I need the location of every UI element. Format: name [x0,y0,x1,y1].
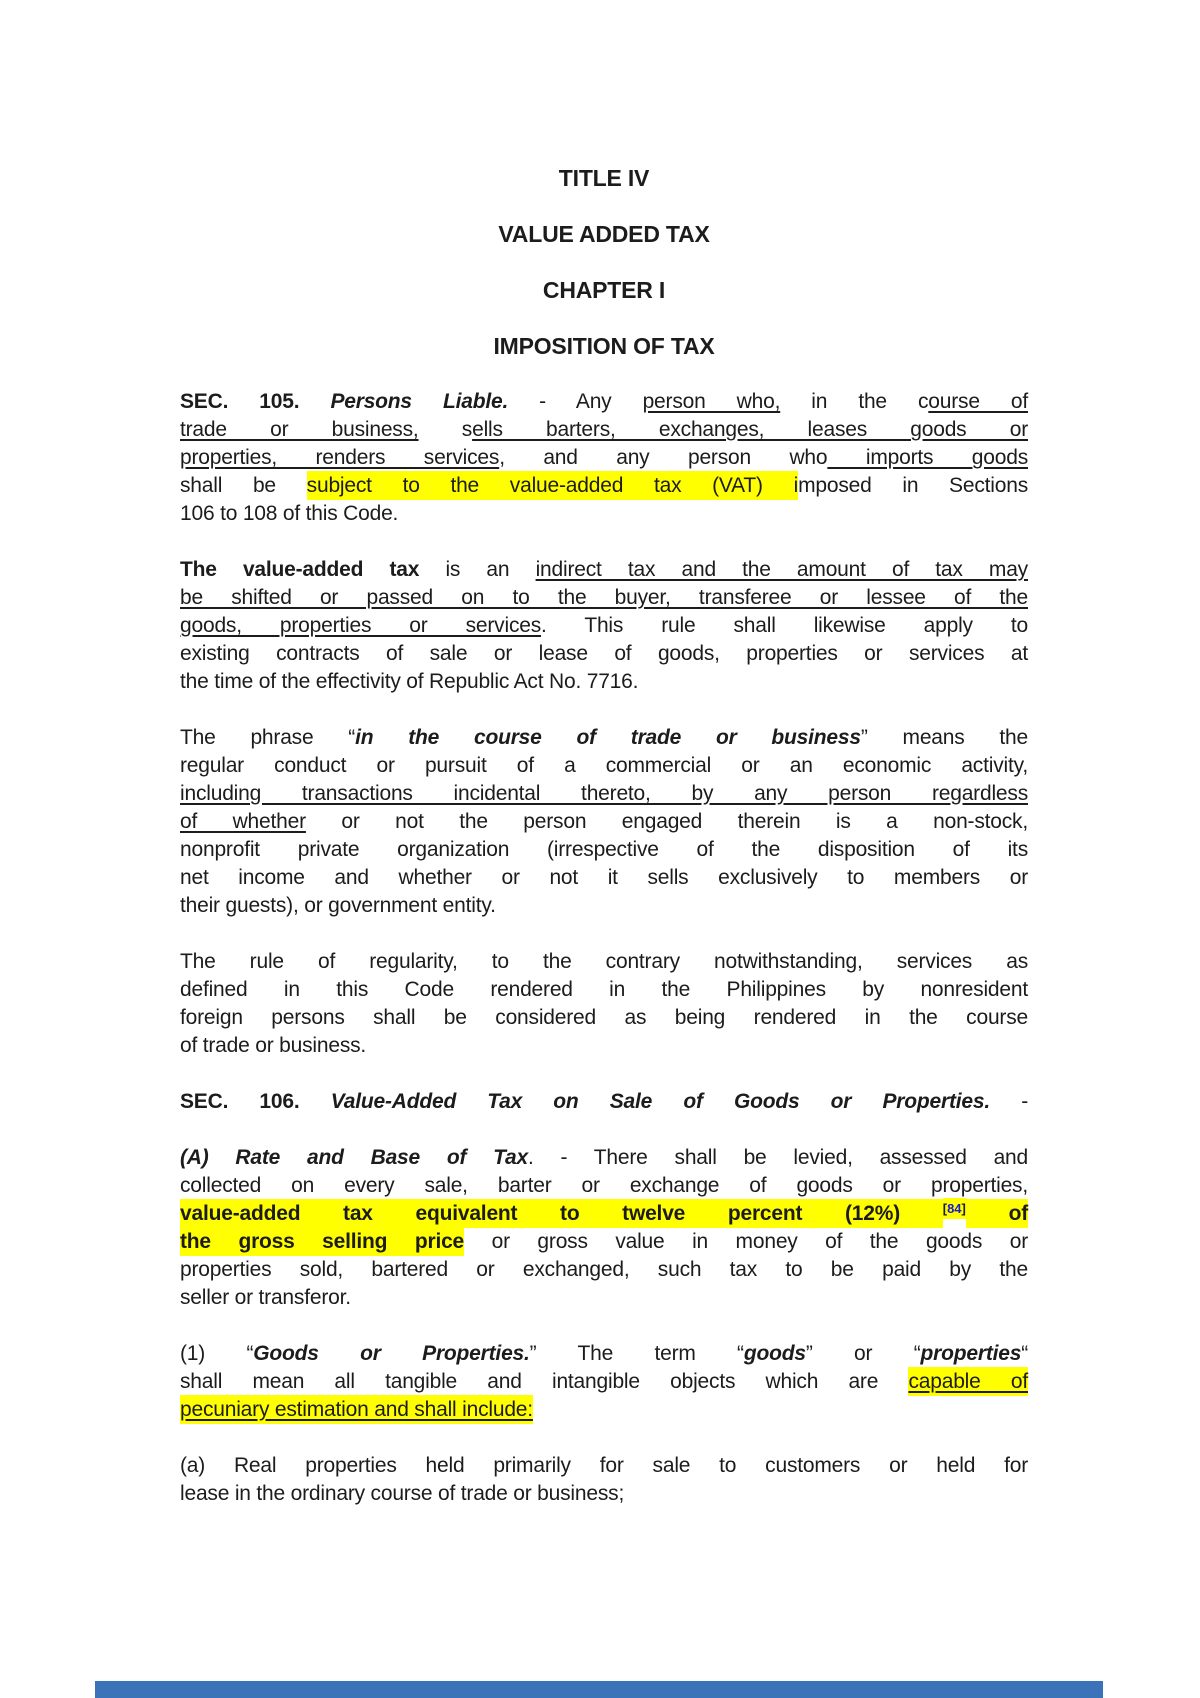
text-segment: . - There shall be levied, assessed and [528,1146,1028,1169]
text-segment: or not the person engaged therein is a n… [306,810,1028,833]
text-segment: subject to the value-added tax (VAT) i [307,471,798,500]
text-line: SEC. 106. Value-Added Tax on Sale of Goo… [180,1088,1028,1116]
text-segment: foreign persons shall be considered as b… [180,1006,1028,1029]
text-segment: (A) Rate and Base of Tax [180,1146,528,1169]
text-line: of whether or not the person engaged the… [180,808,1028,836]
text-segment: regular conduct or pursuit of a commerci… [180,754,1028,777]
text-segment: SEC. 105. [180,390,330,413]
text-segment: lease in the ordinary course of trade or… [180,1482,624,1505]
text-segment: ” or “ [806,1342,921,1365]
text-segment: “ [1021,1342,1028,1365]
text-segment: capable of [908,1367,1028,1396]
text-segment: - Any [508,390,642,413]
text-segment: mposed in Sections [798,474,1028,497]
real-properties-paragraph: (a) Real properties held primarily for s… [180,1452,1028,1508]
text-line: their guests), or government entity. [180,892,1028,920]
text-segment: their guests), or government entity. [180,894,496,917]
text-segment: (a) Real properties held primarily for s… [180,1454,1028,1477]
text-segment: be shifted or passed on to the buyer, tr… [180,586,1028,609]
text-segment: of trade or business. [180,1034,366,1057]
text-segment: shall mean all tangible and intangible o… [180,1370,908,1393]
text-segment: The phrase “ [180,726,355,749]
text-segment: 106 to 108 of this Code. [180,502,398,525]
sec-106-heading-paragraph: SEC. 106. Value-Added Tax on Sale of Goo… [180,1088,1028,1116]
text-line: The value-added tax is an indirect tax a… [180,556,1028,584]
text-segment: defined in this Code rendered in the Phi… [180,978,1028,1001]
text-segment: the time of the effectivity of Republic … [180,670,638,693]
text-segment: seller or transferor. [180,1286,351,1309]
text-line: the gross selling price or gross value i… [180,1228,1028,1256]
text-segment: The rule of regularity, to the contrary … [180,950,1028,973]
text-segment: collected on every sale, barter or excha… [180,1174,1028,1197]
text-segment: goods [744,1342,806,1365]
document-content: TITLE IVVALUE ADDED TAXCHAPTER IIMPOSITI… [180,164,1028,1536]
text-line: defined in this Code rendered in the Phi… [180,976,1028,1004]
text-line: goods, properties or services. This rule… [180,612,1028,640]
text-segment: trade or business, [180,418,419,441]
text-line: seller or transferor. [180,1284,1028,1312]
text-segment: imports goods [827,446,1028,469]
selection-highlight-bar [95,1681,1103,1698]
text-segment: in the c [780,390,928,413]
text-segment: value-added tax equivalent to twelve per… [180,1199,943,1228]
text-line: shall mean all tangible and intangible o… [180,1368,1028,1396]
text-line: value-added tax equivalent to twelve per… [180,1200,1028,1228]
text-segment: The value-added tax [180,558,419,581]
text-segment: the gross selling price [180,1227,464,1256]
text-line: collected on every sale, barter or excha… [180,1172,1028,1200]
text-line: (1) “Goods or Properties.” The term “goo… [180,1340,1028,1368]
text-line: the time of the effectivity of Republic … [180,668,1028,696]
text-segment: Value-Added Tax on Sale of Goods or Prop… [300,1090,991,1113]
text-line: of trade or business. [180,1032,1028,1060]
text-line: trade or business, sells barters, exchan… [180,416,1028,444]
text-line: regular conduct or pursuit of a commerci… [180,752,1028,780]
imposition-of-tax-heading: IMPOSITION OF TAX [180,332,1028,360]
text-segment: indirect tax and the amount of tax may [536,558,1028,581]
text-segment: properties, renders services [180,446,499,469]
text-segment: pecuniary estimation and shall include: [180,1395,533,1424]
text-line: (a) Real properties held primarily for s… [180,1452,1028,1480]
text-segment: 84 [947,1198,961,1219]
text-segment: in the course of trade or business [355,726,861,749]
text-segment: including transactions incidental theret… [180,782,1028,805]
title-iv-heading: TITLE IV [180,164,1028,192]
sec-105-persons-liable-paragraph: SEC. 105. Persons Liable. - Any person w… [180,388,1028,528]
text-line: foreign persons shall be considered as b… [180,1004,1028,1032]
text-line: including transactions incidental theret… [180,780,1028,808]
text-segment: shall be [180,474,307,497]
text-line: lease in the ordinary course of trade or… [180,1480,1028,1508]
text-segment: SEC. 106. [180,1090,300,1113]
text-segment: Goods or Properties. [253,1342,529,1365]
text-line: (A) Rate and Base of Tax. - There shall … [180,1144,1028,1172]
value-added-tax-definition-paragraph: The value-added tax is an indirect tax a… [180,556,1028,696]
text-line: 106 to 108 of this Code. [180,500,1028,528]
document-page: TITLE IVVALUE ADDED TAXCHAPTER IIMPOSITI… [0,0,1200,1698]
text-line: existing contracts of sale or lease of g… [180,640,1028,668]
text-segment: person who, [643,390,781,413]
text-line: properties, renders services, and any pe… [180,444,1028,472]
text-segment: , and any person who [499,446,827,469]
text-line: be shifted or passed on to the buyer, tr… [180,584,1028,612]
text-segment: ” The term “ [530,1342,744,1365]
text-line: The phrase “in the course of trade or bu… [180,724,1028,752]
rate-and-base-of-tax-paragraph: (A) Rate and Base of Tax. - There shall … [180,1144,1028,1312]
text-segment: properties sold, bartered or exchanged, … [180,1258,1028,1281]
text-segment: - [990,1090,1028,1113]
text-segment: goods, properties or services [180,614,541,637]
text-line: pecuniary estimation and shall include: [180,1396,1028,1424]
text-segment: of [966,1199,1028,1228]
text-segment: or gross value in money of the goods or [464,1230,1028,1253]
text-segment: properties [921,1342,1022,1365]
text-line: SEC. 105. Persons Liable. - Any person w… [180,388,1028,416]
text-segment: nonprofit private organization (irrespec… [180,838,1028,861]
text-segment: existing contracts of sale or lease of g… [180,642,1028,665]
text-segment: (1) “ [180,1342,253,1365]
course-of-trade-or-business-paragraph: The phrase “in the course of trade or bu… [180,724,1028,920]
text-segment: ells barters, exchanges, leases goods or [472,418,1028,441]
text-line: shall be subject to the value-added tax … [180,472,1028,500]
chapter-i-heading: CHAPTER I [180,276,1028,304]
text-segment: Persons Liable. [330,390,508,413]
text-line: net income and whether or not it sells e… [180,864,1028,892]
text-segment: . This rule shall likewise apply to [541,614,1028,637]
text-line: nonprofit private organization (irrespec… [180,836,1028,864]
rule-of-regularity-paragraph: The rule of regularity, to the contrary … [180,948,1028,1060]
text-segment: ” means the [861,726,1028,749]
text-segment: s [419,418,473,441]
text-segment: is an [419,558,535,581]
text-segment: net income and whether or not it sells e… [180,866,1028,889]
text-segment: ourse of [928,390,1028,413]
text-line: The rule of regularity, to the contrary … [180,948,1028,976]
text-line: properties sold, bartered or exchanged, … [180,1256,1028,1284]
text-segment: of whether [180,810,306,833]
value-added-tax-heading: VALUE ADDED TAX [180,220,1028,248]
goods-or-properties-paragraph: (1) “Goods or Properties.” The term “goo… [180,1340,1028,1424]
